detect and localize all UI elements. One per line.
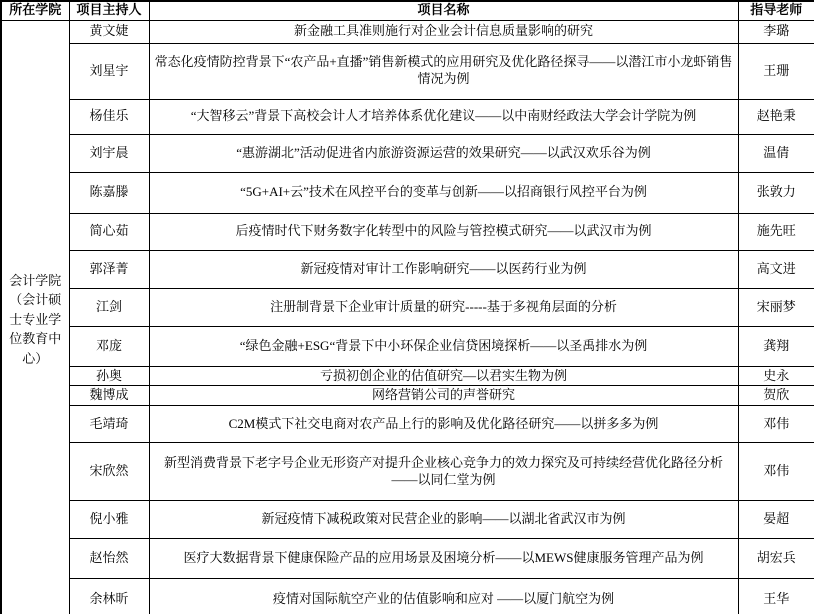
host-cell: 郭泽菁 [69,250,149,288]
project-cell: 新金融工具准则施行对企业会计信息质量影响的研究 [149,20,738,43]
table-row: 陈嘉滕 “5G+AI+云”技术在风控平台的变革与创新——以招商银行风控平台为例 … [1,172,814,213]
table-row: 会计学院（会计硕士专业学位教育中心） 黄文婕 新金融工具准则施行对企业会计信息质… [1,20,814,43]
host-cell: 杨佳乐 [69,99,149,134]
table-row: 简心茹 后疫情时代下财务数字化转型中的风险与管控模式研究——以武汉市为例 施先旺 [1,213,814,250]
advisor-cell: 龚翔 [738,326,814,366]
host-cell: 宋欣然 [69,443,149,501]
host-cell: 江剑 [69,288,149,326]
project-cell: “绿色金融+ESG“背景下中小环保企业信贷困境探析——以圣禹排水为例 [149,326,738,366]
advisor-cell: 邓伟 [738,406,814,443]
project-cell: 医疗大数据背景下健康保险产品的应用场景及困境分析——以MEWS健康服务管理产品为… [149,539,738,579]
advisor-cell: 赵艳秉 [738,99,814,134]
project-cell: 新冠疫情对审计工作影响研究——以医药行业为例 [149,250,738,288]
project-cell: 注册制背景下企业审计质量的研究-----基于多视角层面的分析 [149,288,738,326]
advisor-cell: 高文进 [738,250,814,288]
table-row: 毛靖琦 C2M模式下社交电商对农产品上行的影响及优化路径研究——以拼多多为例 邓… [1,406,814,443]
host-cell: 黄文婕 [69,20,149,43]
projects-table: 所在学院 项目主持人 项目名称 指导老师 会计学院（会计硕士专业学位教育中心） … [0,0,814,614]
advisor-cell: 张敦力 [738,172,814,213]
host-cell: 邓庞 [69,326,149,366]
project-cell: “大智移云”背景下高校会计人才培养体系优化建议——以中南财经政法大学会计学院为例 [149,99,738,134]
table-row: 杨佳乐 “大智移云”背景下高校会计人才培养体系优化建议——以中南财经政法大学会计… [1,99,814,134]
project-cell: C2M模式下社交电商对农产品上行的影响及优化路径研究——以拼多多为例 [149,406,738,443]
header-host: 项目主持人 [69,1,149,20]
table-row: 宋欣然 新型消费背景下老字号企业无形资产对提升企业核心竞争力的效力探究及可持续经… [1,443,814,501]
host-cell: 余林昕 [69,579,149,614]
host-cell: 赵怡然 [69,539,149,579]
project-cell: 新型消费背景下老字号企业无形资产对提升企业核心竞争力的效力探究及可持续经营优化路… [149,443,738,501]
host-cell: 刘宇晨 [69,134,149,172]
host-cell: 孙奥 [69,366,149,386]
table-row: 刘星宇 常态化疫情防控背景下“农产品+直播”销售新模式的应用研究及优化路径探寻—… [1,43,814,99]
project-cell: 疫情对国际航空产业的估值影响和应对 ——以厦门航空为例 [149,579,738,614]
table-row: 赵怡然 医疗大数据背景下健康保险产品的应用场景及困境分析——以MEWS健康服务管… [1,539,814,579]
table-row: 孙奥 亏损初创企业的估值研究—以君实生物为例 史永 [1,366,814,386]
advisor-cell: 晏超 [738,501,814,539]
host-cell: 陈嘉滕 [69,172,149,213]
table-row: 邓庞 “绿色金融+ESG“背景下中小环保企业信贷困境探析——以圣禹排水为例 龚翔 [1,326,814,366]
host-cell: 倪小雅 [69,501,149,539]
header-college: 所在学院 [1,1,69,20]
advisor-cell: 王珊 [738,43,814,99]
advisor-cell: 史永 [738,366,814,386]
project-cell: “惠游湖北”活动促进省内旅游资源运营的效果研究——以武汉欢乐谷为例 [149,134,738,172]
advisor-cell: 宋丽梦 [738,288,814,326]
advisor-cell: 温倩 [738,134,814,172]
table-row: 倪小雅 新冠疫情下减税政策对民营企业的影响——以湖北省武汉市为例 晏超 [1,501,814,539]
advisor-cell: 胡宏兵 [738,539,814,579]
project-cell: 网络营销公司的声誉研究 [149,386,738,406]
advisor-cell: 王华 [738,579,814,614]
project-cell: 新冠疫情下减税政策对民营企业的影响——以湖北省武汉市为例 [149,501,738,539]
host-cell: 毛靖琦 [69,406,149,443]
project-cell: 后疫情时代下财务数字化转型中的风险与管控模式研究——以武汉市为例 [149,213,738,250]
project-cell: 常态化疫情防控背景下“农产品+直播”销售新模式的应用研究及优化路径探寻——以潜江… [149,43,738,99]
advisor-cell: 施先旺 [738,213,814,250]
table-row: 魏博成 网络营销公司的声誉研究 贺欣 [1,386,814,406]
host-cell: 魏博成 [69,386,149,406]
header-project-name: 项目名称 [149,1,738,20]
advisor-cell: 邓伟 [738,443,814,501]
advisor-cell: 贺欣 [738,386,814,406]
table-row: 余林昕 疫情对国际航空产业的估值影响和应对 ——以厦门航空为例 王华 [1,579,814,614]
host-cell: 简心茹 [69,213,149,250]
table-row: 江剑 注册制背景下企业审计质量的研究-----基于多视角层面的分析 宋丽梦 [1,288,814,326]
project-cell: 亏损初创企业的估值研究—以君实生物为例 [149,366,738,386]
host-cell: 刘星宇 [69,43,149,99]
header-advisor: 指导老师 [738,1,814,20]
table-row: 刘宇晨 “惠游湖北”活动促进省内旅游资源运营的效果研究——以武汉欢乐谷为例 温倩 [1,134,814,172]
advisor-cell: 李璐 [738,20,814,43]
header-row: 所在学院 项目主持人 项目名称 指导老师 [1,1,814,20]
table-row: 郭泽菁 新冠疫情对审计工作影响研究——以医药行业为例 高文进 [1,250,814,288]
project-cell: “5G+AI+云”技术在风控平台的变革与创新——以招商银行风控平台为例 [149,172,738,213]
college-cell: 会计学院（会计硕士专业学位教育中心） [1,20,69,614]
